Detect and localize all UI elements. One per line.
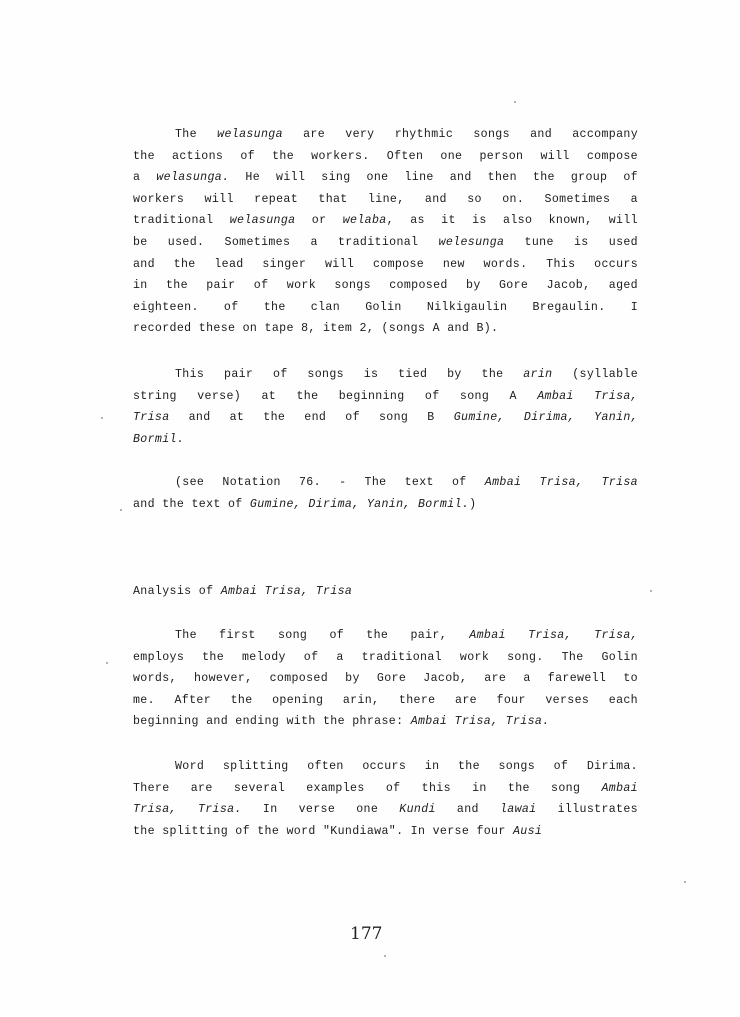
text-line: me. After the opening arin, there are fo… [133, 690, 638, 712]
text-line: Bormil. [133, 429, 638, 451]
text-line: recorded these on tape 8, item 2, (songs… [133, 318, 638, 340]
text-run: Word splitting often occurs in the songs… [175, 760, 638, 773]
text-run: recorded these on tape 8, item 2, (songs… [133, 322, 498, 335]
text-run: , as it is also known, will [387, 214, 638, 227]
document-page: The welasunga are very rhythmic songs an… [0, 0, 740, 1017]
italic-text: arin [523, 368, 552, 381]
text-line: in the pair of work songs composed by Go… [133, 275, 638, 297]
text-run: and the lead singer will compose new wor… [133, 258, 638, 271]
text-run: employs the melody of a traditional work… [133, 651, 638, 664]
italic-text: Ambai Trisa, Trisa, [469, 629, 638, 642]
text-line: The first song of the pair, Ambai Trisa,… [133, 625, 638, 647]
scan-speck [101, 417, 103, 419]
italic-text: welasunga. [156, 171, 229, 184]
text-run: the actions of the workers. Often one pe… [133, 150, 638, 163]
section-heading: Analysis of Ambai Trisa, Trisa [133, 581, 638, 603]
text-run: string verse) at the beginning of song A [133, 390, 537, 403]
text-run: in the pair of work songs composed by Go… [133, 279, 638, 292]
text-run: This pair of songs is tied by the [175, 368, 523, 381]
text-run: me. After the opening arin, there are fo… [133, 694, 638, 707]
italic-text: Trisa, [594, 390, 638, 403]
text-run: illustrates [537, 803, 638, 816]
text-run: be used. Sometimes a traditional [133, 236, 439, 249]
italic-text: Ambai Trisa, Trisa [221, 585, 353, 598]
scan-speck [384, 955, 386, 957]
text-line: This pair of songs is tied by the arin (… [133, 364, 638, 386]
text-run: are very rhythmic songs and accompany [283, 128, 638, 141]
italic-text: Gumine, Dirima, Yanin, [454, 411, 638, 424]
text-run [574, 390, 594, 403]
italic-text: lawai [500, 803, 537, 816]
text-run: or [295, 214, 342, 227]
text-line: traditional welasunga or welaba, as it i… [133, 210, 638, 232]
italic-text: welesunga [439, 236, 505, 249]
text-run: (see Notation 76. - The text of [175, 476, 485, 489]
text-line: the actions of the workers. Often one pe… [133, 146, 638, 168]
text-line: (see Notation 76. - The text of Ambai Tr… [133, 472, 638, 494]
heading-line: Analysis of Ambai Trisa, Trisa [133, 581, 638, 603]
paragraph-welasunga-intro: The welasunga are very rhythmic songs an… [133, 124, 638, 340]
text-run: In verse one [242, 803, 399, 816]
text-line: eighteen. of the clan Golin Nilkigaulin … [133, 297, 638, 319]
text-run: The [175, 128, 217, 141]
paragraph-notation-reference: (see Notation 76. - The text of Ambai Tr… [133, 472, 638, 515]
italic-text: Ausi [513, 825, 542, 838]
italic-text: Trisa [133, 411, 170, 424]
text-run: beginning and ending with the phrase: [133, 715, 411, 728]
text-line: string verse) at the beginning of song A… [133, 386, 638, 408]
text-line: workers will repeat that line, and so on… [133, 189, 638, 211]
text-run: Analysis of [133, 585, 221, 598]
italic-text: Bormil. [133, 433, 184, 446]
text-line: a welasunga. He will sing one line and t… [133, 167, 638, 189]
text-line: be used. Sometimes a traditional welesun… [133, 232, 638, 254]
text-line: The welasunga are very rhythmic songs an… [133, 124, 638, 146]
text-run: eighteen. of the clan Golin Nilkigaulin … [133, 301, 638, 314]
italic-text: welasunga [230, 214, 296, 227]
text-run: the splitting of the word "Kundiawa". In… [133, 825, 513, 838]
text-run: traditional [133, 214, 230, 227]
text-line: and the lead singer will compose new wor… [133, 254, 638, 276]
page-number: 177 [350, 924, 382, 944]
scan-speck [120, 509, 122, 511]
text-run: and at the end of song B [170, 411, 454, 424]
paragraph-first-song: The first song of the pair, Ambai Trisa,… [133, 625, 638, 733]
text-run: He will sing one line and then the group… [229, 171, 638, 184]
text-run: The first song of the pair, [175, 629, 469, 642]
text-run: and the text of [133, 498, 250, 511]
italic-text: welaba [343, 214, 387, 227]
text-line: Word splitting often occurs in the songs… [133, 756, 638, 778]
italic-text: welasunga [217, 128, 283, 141]
scan-speck [684, 881, 686, 883]
text-run: words, however, composed by Gore Jacob, … [133, 672, 638, 685]
text-line: and the text of Gumine, Dirima, Yanin, B… [133, 494, 638, 516]
italic-text: Trisa, Trisa. [133, 803, 242, 816]
text-run: tune is used [504, 236, 638, 249]
text-line: the splitting of the word "Kundiawa". In… [133, 821, 638, 843]
scan-speck [106, 662, 108, 664]
paragraph-arin-tie: This pair of songs is tied by the arin (… [133, 364, 638, 450]
text-line: There are several examples of this in th… [133, 778, 638, 800]
text-run: and [436, 803, 500, 816]
text-run: workers will repeat that line, and so on… [133, 193, 638, 206]
italic-text: Ambai Trisa, Trisa [485, 476, 638, 489]
italic-text: Gumine, Dirima, Yanin, Bormil. [250, 498, 469, 511]
italic-text: Ambai Trisa, Trisa. [411, 715, 550, 728]
text-run: a [133, 171, 156, 184]
text-line: Trisa, Trisa. In verse one Kundi and law… [133, 799, 638, 821]
text-run: There are several examples of this in th… [133, 782, 601, 795]
text-line: beginning and ending with the phrase: Am… [133, 711, 638, 733]
text-line: Trisa and at the end of song B Gumine, D… [133, 407, 638, 429]
text-line: words, however, composed by Gore Jacob, … [133, 668, 638, 690]
scan-speck [514, 101, 516, 103]
text-line: employs the melody of a traditional work… [133, 647, 638, 669]
text-run: ) [469, 498, 476, 511]
italic-text: Kundi [399, 803, 436, 816]
paragraph-word-splitting: Word splitting often occurs in the songs… [133, 756, 638, 842]
italic-text: Ambai [537, 390, 574, 403]
italic-text: Ambai [601, 782, 638, 795]
text-run: (syllable [552, 368, 638, 381]
scan-speck [650, 590, 652, 592]
